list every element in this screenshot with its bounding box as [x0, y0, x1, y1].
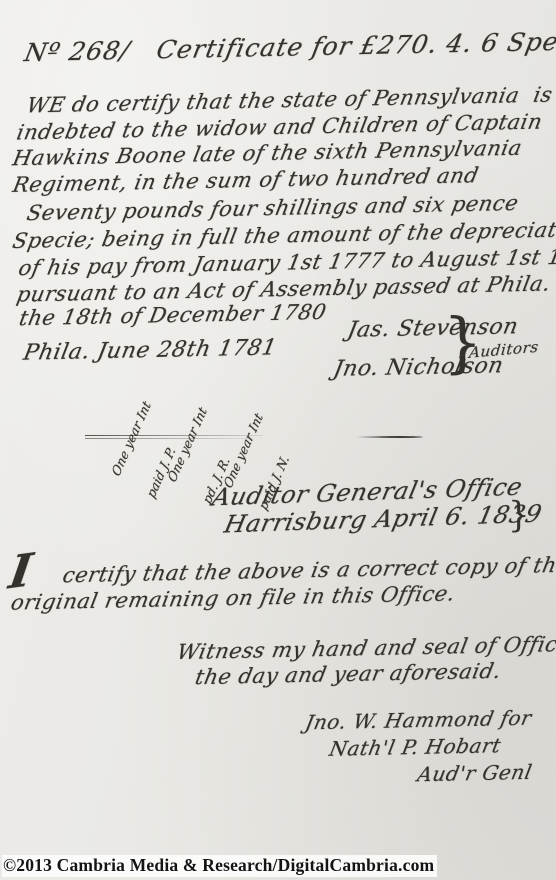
divider-stroke-long-top: [85, 435, 263, 436]
place-date-1781: Phila. June 28th 1781: [21, 337, 278, 364]
interest-note-2-line-1: One year Int: [164, 404, 210, 485]
witness-line-2: the day and year aforesaid.: [193, 661, 503, 688]
signer-hobart: Nath'l P. Hobart: [328, 735, 503, 759]
certify-line-2: original remaining on file in this Offic…: [9, 583, 457, 613]
body-line-4: Regiment, in the sum of two hundred and: [11, 165, 480, 196]
office-date-brace: }: [508, 497, 530, 533]
body-line-9: the 18th of December 1780: [17, 302, 328, 329]
interest-note-3-line-1: One year Int: [220, 410, 266, 491]
signer-title-aud-genl: Aud'r Genl: [416, 762, 534, 784]
scanned-certificate-page: Nº 268/ Certificate for £270. 4. 6 Speci…: [0, 0, 556, 880]
signer-hammond: Jno. W. Hammond for: [304, 708, 534, 733]
signature-stevenson: Jas. Stevenson: [346, 316, 520, 342]
divider-stroke-long-bottom: [85, 438, 253, 439]
certificate-title: Nº 268/ Certificate for £270. 4. 6 Speci…: [22, 28, 556, 65]
copyright-watermark: ©2013 Cambria Media & Research/DigitalCa…: [2, 855, 437, 877]
divider-stroke-short: [357, 436, 423, 438]
auditors-label: (Auditors: [462, 340, 539, 361]
certify-line-1: certify that the above is a correct copy…: [61, 555, 556, 587]
certify-dropcap: I: [6, 547, 35, 596]
